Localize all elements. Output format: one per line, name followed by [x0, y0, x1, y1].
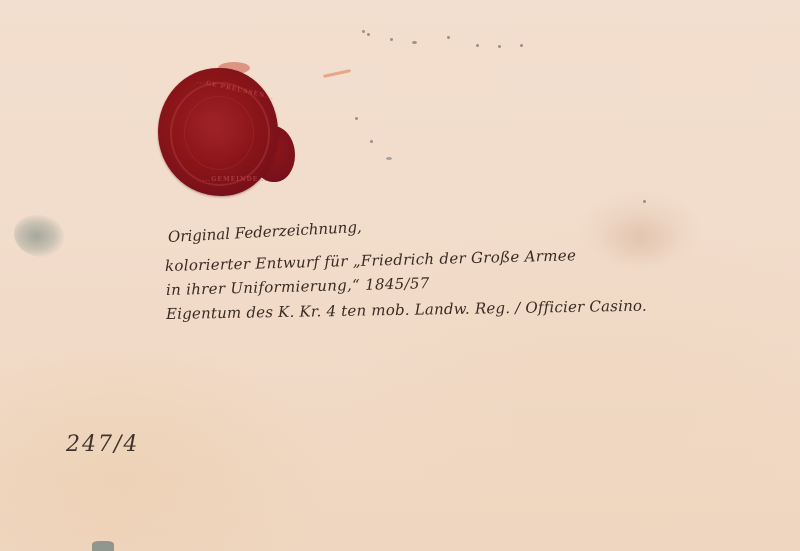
annotation-line-1: Original Federzeichnung, [168, 218, 363, 246]
speck [412, 41, 417, 44]
speck [476, 44, 479, 47]
orange-mark [323, 69, 351, 78]
speck [447, 36, 450, 39]
speck [370, 140, 373, 143]
speck [390, 38, 393, 41]
water-stain [14, 215, 64, 257]
speck [520, 44, 523, 47]
edge-stain [92, 541, 114, 551]
annotation-line-2: kolorierter Entwurf für „Friedrich der G… [165, 246, 577, 275]
speck [386, 157, 392, 160]
seal-emblem [184, 96, 254, 170]
speck [362, 30, 365, 33]
annotation-line-4: Eigentum des K. Kr. 4 ten mob. Landw. Re… [166, 297, 647, 323]
seal-legend-bottom: ...GEMEINDE... [202, 176, 268, 183]
wax-seal: ...GE PREUSSEN... ...GEMEINDE... [158, 68, 294, 206]
speck [367, 33, 370, 36]
document-page: ...GE PREUSSEN... ...GEMEINDE... Origina… [0, 0, 800, 551]
annotation-line-3: in ihrer Uniformierung,“ 1845/57 [166, 274, 430, 299]
archive-number: 247/4 [66, 432, 139, 457]
speck [498, 45, 501, 48]
speck [355, 117, 358, 120]
speck [643, 200, 646, 203]
